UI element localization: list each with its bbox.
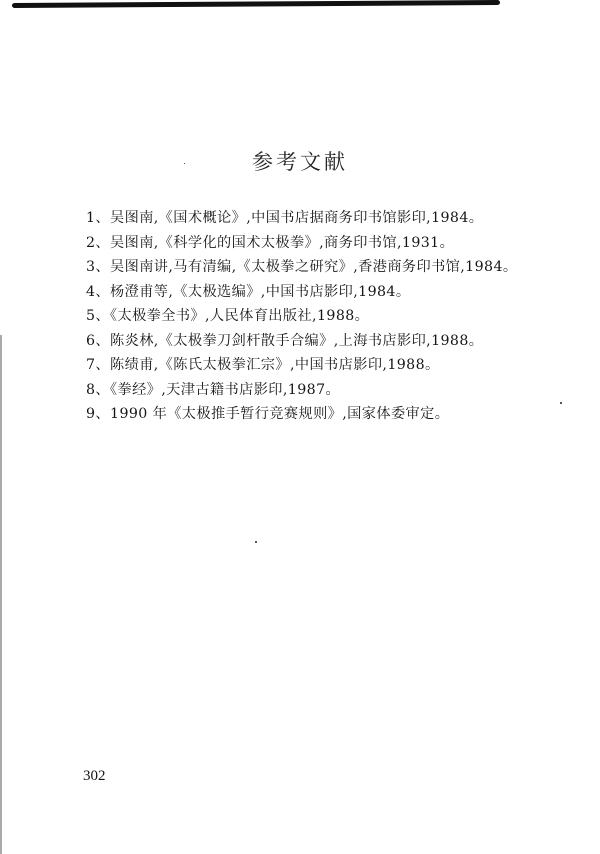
reference-item: 2、吴图南,《科学化的国术太极拳》,商务印书馆,1931。 [56,231,552,256]
header-rule [12,0,500,8]
reference-item: 3、吴图南讲,马有清编,《太极拳之研究》,香港商务印书馆,1984。 [56,255,552,280]
reference-item: 5、《太极拳全书》,人民体育出版社,1988。 [56,304,552,329]
reference-item: 9、1990 年《太极推手暂行竞赛规则》,国家体委审定。 [56,402,552,427]
scan-speck [255,541,257,543]
section-title: 参考文献 [0,146,600,176]
scan-edge-line [0,335,2,854]
page-number: 302 [83,768,106,785]
reference-list: 1、吴图南,《国术概论》,中国书店据商务印书馆影印,1984。 2、吴图南,《科… [56,206,552,427]
scan-speck [184,163,185,164]
reference-item: 8、《拳经》,天津古籍书店影印,1987。 [56,378,552,403]
reference-item: 6、陈炎林,《太极拳刀剑杆散手合编》,上海书店影印,1988。 [56,329,552,354]
reference-item: 7、陈绩甫,《陈氏太极拳汇宗》,中国书店影印,1988。 [56,353,552,378]
scan-speck [560,402,562,404]
reference-item: 1、吴图南,《国术概论》,中国书店据商务印书馆影印,1984。 [56,206,552,231]
reference-item: 4、杨澄甫等,《太极选编》,中国书店影印,1984。 [56,280,552,305]
